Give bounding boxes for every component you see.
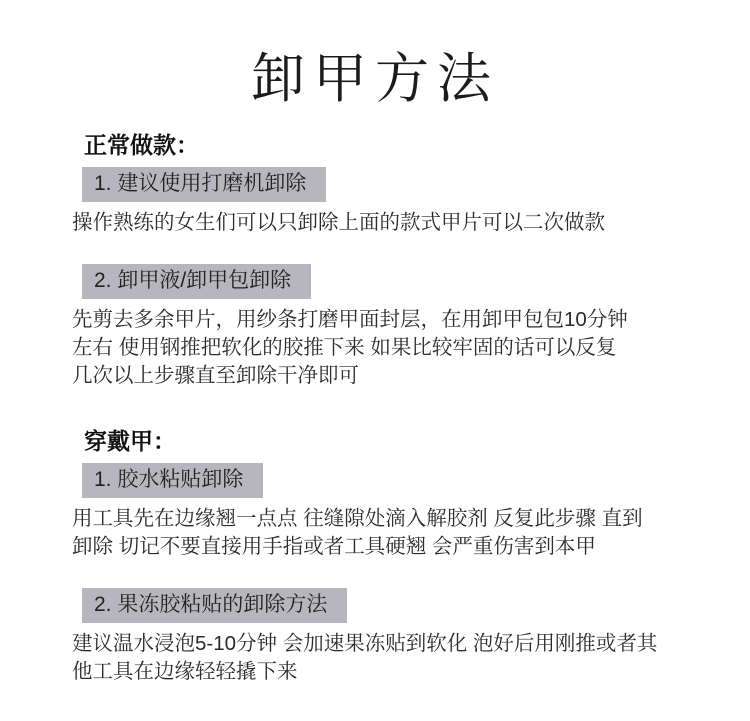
section-wearable-nails: 穿戴甲： 1. 胶水粘贴卸除 用工具先在边缘翘一点点 往缝隙处滴入解胶剂 反复此… — [72, 426, 692, 686]
step-item: 2. 卸甲液/卸甲包卸除 先剪去多余甲片，用纱条打磨甲面封层，在用卸甲包包10分… — [72, 264, 692, 390]
step-item: 1. 建议使用打磨机卸除 操作熟练的女生们可以只卸除上面的款式甲片可以二次做款 — [72, 167, 692, 237]
instruction-page: 卸甲方法 正常做款： 1. 建议使用打磨机卸除 操作熟练的女生们可以只卸除上面的… — [0, 0, 750, 721]
step-label-grinder-removal: 1. 建议使用打磨机卸除 — [82, 167, 326, 202]
step-item: 1. 胶水粘贴卸除 用工具先在边缘翘一点点 往缝隙处滴入解胶剂 反复此步骤 直到… — [72, 463, 692, 561]
page-title: 卸甲方法 — [0, 0, 750, 112]
step-body-remover-liquid: 先剪去多余甲片，用纱条打磨甲面封层，在用卸甲包包10分钟 左右 使用钢推把软化的… — [72, 306, 672, 390]
step-body-jelly-gel-removal: 建议温水浸泡5-10分钟 会加速果冻贴到软化 泡好后用刚推或者其 他工具在边缘轻… — [72, 630, 672, 686]
step-item: 2. 果冻胶粘贴的卸除方法 建议温水浸泡5-10分钟 会加速果冻贴到软化 泡好后… — [72, 588, 692, 686]
section-normal-style: 正常做款： 1. 建议使用打磨机卸除 操作熟练的女生们可以只卸除上面的款式甲片可… — [72, 130, 692, 390]
content-area: 正常做款： 1. 建议使用打磨机卸除 操作熟练的女生们可以只卸除上面的款式甲片可… — [0, 112, 750, 686]
section-heading-normal-style: 正常做款： — [84, 130, 692, 160]
step-label-jelly-gel-removal: 2. 果冻胶粘贴的卸除方法 — [82, 588, 347, 623]
step-body-glue-removal: 用工具先在边缘翘一点点 往缝隙处滴入解胶剂 反复此步骤 直到 卸除 切记不要直接… — [72, 505, 672, 561]
section-heading-wearable-nails: 穿戴甲： — [84, 426, 692, 456]
step-label-glue-removal: 1. 胶水粘贴卸除 — [82, 463, 263, 498]
step-body-grinder-removal: 操作熟练的女生们可以只卸除上面的款式甲片可以二次做款 — [72, 209, 672, 237]
step-label-remover-liquid: 2. 卸甲液/卸甲包卸除 — [82, 264, 311, 299]
